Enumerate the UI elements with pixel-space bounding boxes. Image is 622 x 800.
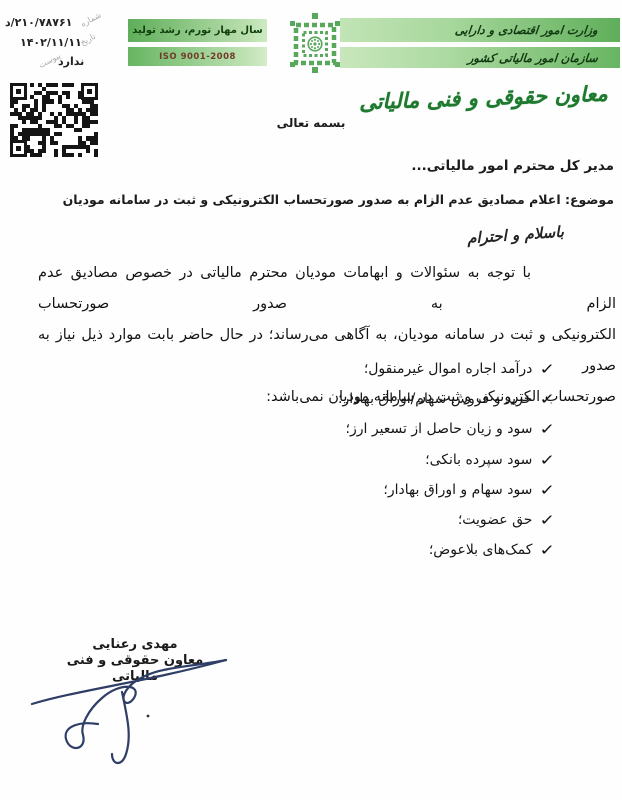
list-item: ✓ سود سهام و اوراق بهادار؛ bbox=[338, 475, 554, 505]
ministry-text: وزارت امور اقتصادی و دارایی bbox=[455, 23, 599, 37]
list-item-text: سود و زیان حاصل از تسعیر ارز؛ bbox=[346, 421, 533, 437]
iso-band: ISO 9001-2008 bbox=[128, 47, 267, 66]
letter-date-label: تاریخ bbox=[79, 32, 97, 47]
list-item: ✓ حق عضویت؛ bbox=[338, 505, 554, 535]
list-item: ✓ کمک‌های بلاعوض؛ bbox=[338, 535, 554, 565]
list-item-text: سود سهام و اوراق بهادار؛ bbox=[383, 482, 532, 498]
scanned-letter-page: د/۲۱۰/۷۸۷۶۱ شماره ۱۴۰۲/۱۱/۱۱ تاریخ ندارد… bbox=[0, 0, 622, 800]
list-item: ✓ خرید و فروش سهام/اوراق بهادار؛ bbox=[338, 384, 554, 414]
letter-date-value: ۱۴۰۲/۱۱/۱۱ bbox=[20, 36, 82, 49]
tax-organization-emblem-icon bbox=[288, 11, 342, 75]
organization-text: سازمان امور مالیاتی کشور bbox=[467, 51, 598, 65]
slogan-text: سال مهار تورم، رشد تولید bbox=[132, 25, 262, 36]
list-item-text: حق عضویت؛ bbox=[458, 512, 533, 528]
handwritten-signature bbox=[26, 640, 246, 760]
check-icon: ✓ bbox=[540, 481, 556, 499]
check-icon: ✓ bbox=[540, 360, 556, 378]
iso-text: ISO 9001-2008 bbox=[159, 52, 236, 62]
check-icon: ✓ bbox=[540, 420, 556, 438]
body-line: با توجه به سئوالات و ابهامات مودیان محتر… bbox=[38, 258, 616, 320]
subject-line: موضوع: اعلام مصادیق عدم الزام به صدور صو… bbox=[63, 192, 614, 207]
deputy-calligraphy-title: معاون حقوقی و فنی مالیاتی bbox=[359, 82, 608, 115]
list-item: ✓ درآمد اجاره اموال غیرمنقول؛ bbox=[338, 354, 554, 384]
exemption-items-list: ✓ درآمد اجاره اموال غیرمنقول؛ ✓ خرید و ف… bbox=[338, 354, 554, 565]
organization-band: سازمان امور مالیاتی کشور bbox=[340, 47, 620, 68]
qr-finder-icon bbox=[10, 140, 27, 157]
letter-attachment-value: ندارد bbox=[58, 55, 84, 68]
list-item: ✓ سود سپرده بانکی؛ bbox=[338, 445, 554, 475]
salutation-script: باسلام و احترام bbox=[467, 223, 565, 248]
check-icon: ✓ bbox=[540, 390, 556, 408]
check-icon: ✓ bbox=[540, 541, 556, 559]
letter-number-value: د/۲۱۰/۷۸۷۶۱ bbox=[5, 16, 72, 29]
list-item-text: سود سپرده بانکی؛ bbox=[425, 452, 532, 468]
check-icon: ✓ bbox=[540, 451, 556, 469]
list-item: ✓ سود و زیان حاصل از تسعیر ارز؛ bbox=[338, 414, 554, 444]
recipient-line: مدیر کل محترم امور مالیاتی... bbox=[411, 158, 614, 174]
qr-module bbox=[94, 153, 98, 157]
bismillah-text: بسمه تعالی bbox=[0, 116, 622, 130]
qr-finder-icon bbox=[81, 83, 98, 100]
qr-finder-icon bbox=[10, 83, 27, 100]
list-item-text: خرید و فروش سهام/اوراق بهادار؛ bbox=[338, 391, 532, 407]
check-icon: ✓ bbox=[540, 511, 556, 529]
ministry-band: وزارت امور اقتصادی و دارایی bbox=[340, 18, 620, 42]
letter-number-label: شماره bbox=[79, 10, 102, 28]
slogan-band: سال مهار تورم، رشد تولید bbox=[128, 19, 267, 42]
list-item-text: کمک‌های بلاعوض؛ bbox=[429, 542, 533, 558]
list-item-text: درآمد اجاره اموال غیرمنقول؛ bbox=[364, 361, 533, 377]
